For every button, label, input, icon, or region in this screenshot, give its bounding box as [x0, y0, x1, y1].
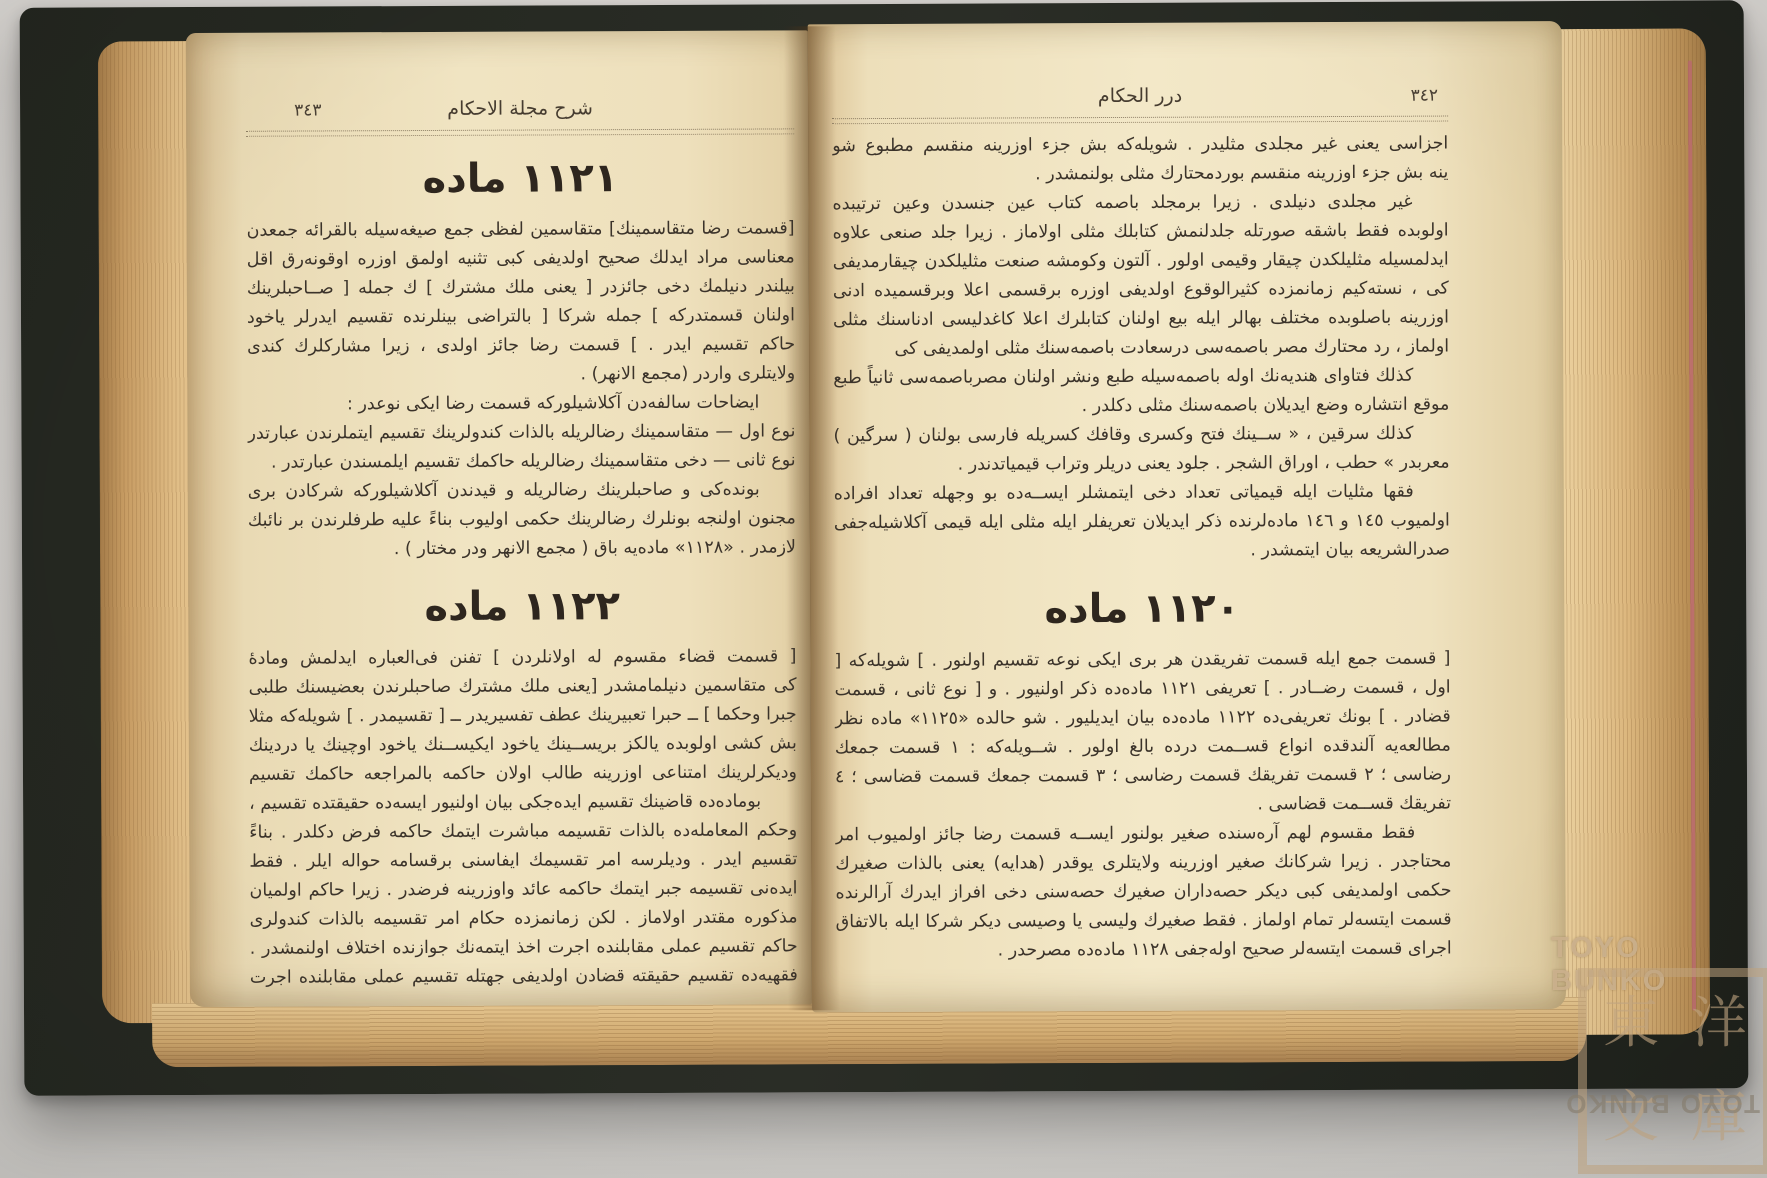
text-line: بيلندر دنيلمك دخى جائزدر [ يعنى ملك مشتر… — [247, 272, 795, 303]
text-line: كذلك فتاواى هنديه‌نك اوله باصمه‌سيله طبع… — [833, 362, 1449, 394]
text-line: معناسى مراد ايدلك صحيح اولديفى كبى تثنيه… — [247, 243, 795, 274]
text-line: كى ، نسته‌كيم زمانمزده كثيرالوقوع اولديف… — [833, 275, 1449, 307]
text-line: رضاسى ؛ ٢ قسمت تفريقك قسمت رضاسى ؛ ٣ قسم… — [835, 761, 1451, 793]
text-line: ينه بش جزء اوزرينه منقسم بوردمحتارك مثلى… — [832, 159, 1448, 191]
paragraph: كذلك سرقين ، « ســينك فتح وكسرى وقافك كس… — [833, 420, 1449, 481]
text-line: صدرالشريعه بيان ايتمشدر . — [834, 536, 1450, 568]
text-line: وحكم المعامله‌ده بالذات تقسيمه مباشرت اي… — [249, 816, 797, 847]
text-line: فقهيه‌ده تقسيم حقيقته قضادن اولديفى جهتل… — [250, 961, 798, 992]
left-page-body: ١١٢١ ماده[قسمت رضا متقاسمينك] متقاسمين ل… — [246, 150, 798, 992]
article-heading: ١١٢٠ ماده — [834, 581, 1450, 638]
text-line: تفريقك قســمت قضاسى . — [835, 790, 1451, 822]
article-heading: ١١٢١ ماده — [246, 150, 794, 206]
text-line: مذكوره مقتدر اولاماز . لكن زمانمزده حكام… — [250, 903, 798, 934]
text-line: اولميوب ١٤٥ و ١٤٦ ماده‌لرنده ذكر ايديلان… — [834, 507, 1450, 539]
header-rule — [246, 128, 794, 136]
text-line: اجراى قسمت ايتسه‌لر صحيح اولەجفى ١١٢٨ ما… — [836, 935, 1452, 967]
text-line: فقها مثليات ايله قيمياتى تعداد دخى ايتمش… — [834, 478, 1450, 510]
text-line: اولنان قسمتدركه ] جمله شركا [ بالتراضى ب… — [247, 301, 795, 332]
text-line: معربدر » حطب ، اوراق الشجر . جلود يعنى د… — [834, 449, 1450, 481]
left-running-title: شرح مجلة الاحكام — [246, 96, 794, 120]
text-line: اجزاسى يعنى غير مجلدى مثليدر . شويله‌كه … — [832, 130, 1448, 162]
text-line: ايضاحات سالفه‌دن آكلاشيلوركه قسمت رضا اي… — [247, 388, 795, 419]
text-line: مجنون اولنجه بونلرك رضالرينك حكمى اوليوب… — [248, 504, 796, 535]
text-line: قسمت ايتسه‌لر تمام اولماز . فقط صغيرك ول… — [836, 906, 1452, 938]
text-line: حاكم تقسيم عملى مقابلنده اجرت اخذ ايتمه‌… — [250, 932, 798, 963]
text-line: حاكم تقسيم ايدر . ] قسمت رضا جائز اولدى … — [247, 330, 795, 361]
paragraph: فقها مثليات ايله قيمياتى تعداد دخى ايتمش… — [834, 478, 1450, 568]
right-page-header: درر الحكام ٣٤٢ — [832, 84, 1448, 117]
text-line: كى متقاسمين دنيلمامشدر [يعنى ملك مشترك ص… — [249, 671, 797, 702]
paragraph: [قسمت رضا متقاسمينك] متقاسمين لفظى جمع ص… — [247, 214, 796, 390]
text-line: جبرا وحكما ] ــ حبرا تعبيرينك عطف تفسيري… — [249, 700, 797, 731]
text-line: اولماز ، رد محتارك مصر باصمه‌سى درسعادت … — [833, 333, 1449, 365]
paragraph: بوماده‌ده قاضينك تقسيم ايده‌جكى بيان اول… — [249, 787, 798, 992]
text-line: لازمدر . «١١٢٨» ماده‌يه باق ( مجمع الانه… — [248, 533, 796, 564]
library-seal: 東 洋 文 庫 — [1578, 968, 1767, 1174]
text-line: اولوبده فقط باشقه صورتله جلدلنمش كتابلك … — [833, 217, 1449, 249]
toyo-bunko-watermark-mirrored: TOYO BUNKO — [1546, 1088, 1760, 1119]
text-line: ايدلمسيله مثليلكدن چيقار وقيمى اولور . آ… — [833, 246, 1449, 278]
right-page-number: ٣٤٢ — [1411, 86, 1438, 106]
paragraph: فقط مقسوم لهم آره‌سنده صغير بولنور ايســ… — [835, 819, 1452, 967]
text-line: حكمى اولمديفى كبى ديكر حصه‌داران صغيرك ح… — [835, 877, 1451, 909]
text-line: قضادر . ] بونك تعريفى‌ده ١١٢٢ ماده‌ده بي… — [835, 703, 1451, 735]
text-line: غير مجلدى دنيلدى . زيرا برمجلد باصمه كتا… — [832, 188, 1448, 220]
text-line: ولايتلرى واردر (مجمع الانهر) . — [247, 359, 795, 390]
book: ٣٤٣ شرح مجلة الاحكام ١١٢١ ماده[قسمت رضا … — [20, 0, 1749, 1096]
text-line: كذلك سرقين ، « ســينك فتح وكسرى وقافك كس… — [833, 420, 1449, 452]
text-line: نوع اول — متقاسمينك رضالريله بالذات كندو… — [247, 417, 795, 448]
paragraph: [ قسمت جمع ايله قسمت تفريقدن هر برى ايكى… — [834, 645, 1451, 822]
text-line: ايده‌نى تقسيمه جبر ايتمك حاكمه عائد واوز… — [249, 874, 797, 905]
text-line: [ قسمت جمع ايله قسمت تفريقدن هر برى ايكى… — [834, 645, 1450, 677]
paragraph: ايضاحات سالفه‌دن آكلاشيلوركه قسمت رضا اي… — [247, 388, 795, 419]
paragraph: نوع اول — متقاسمينك رضالريله بالذات كندو… — [247, 417, 795, 448]
header-rule — [832, 116, 1448, 125]
text-line: بوماده‌ده قاضينك تقسيم ايده‌جكى بيان اول… — [249, 787, 797, 818]
paragraph: كذلك فتاواى هنديه‌نك اوله باصمه‌سيله طبع… — [833, 362, 1449, 423]
paragraph: بونده‌كى و صاحبلرينك رضالريله و قيدندن آ… — [248, 475, 796, 564]
text-line: اول ، قسمت رضــادر . ] تعريفى ١١٢١ ماده‌… — [835, 674, 1451, 706]
left-page-header: ٣٤٣ شرح مجلة الاحكام — [246, 96, 794, 128]
page-edges-right — [1556, 28, 1710, 1035]
text-line: وديكرلرينك امتناعى اوزرينه طالب اولان حا… — [249, 758, 797, 789]
paragraph: اجزاسى يعنى غير مجلدى مثليدر . شويله‌كه … — [832, 130, 1448, 191]
paragraph: [ قسمت قضاء مقسوم له اولانلردن ] تفنن فى… — [248, 642, 797, 789]
text-line: [ قسمت قضاء مقسوم له اولانلردن ] تفنن فى… — [248, 642, 796, 673]
text-line: محتاجدر . زيرا شركانك صغير اوزرينه ولايت… — [835, 848, 1451, 880]
left-page-column: ٣٤٣ شرح مجلة الاحكام ١١٢١ ماده[قسمت رضا … — [246, 96, 798, 992]
text-line: موقع انتشاره وضع ايديلان باصمه‌سنك مثلى … — [833, 391, 1449, 423]
seal-character: 洋 — [1675, 977, 1763, 1071]
paragraph: غير مجلدى دنيلدى . زيرا برمجلد باصمه كتا… — [832, 188, 1449, 365]
seal-character: 東 — [1587, 977, 1675, 1071]
text-line: نوع ثانى — دخى متقاسمينك رضالريله حاكمك … — [248, 446, 796, 477]
text-line: تقسيم ايدر . وديلرسه امر تقسيمك ايفاسنى … — [249, 845, 797, 876]
text-line: بش كشى اولوبده يالكز بريســينك ياخود ايك… — [249, 729, 797, 760]
article-heading: ١١٢٢ ماده — [248, 578, 796, 634]
right-page-body: اجزاسى يعنى غير مجلدى مثليدر . شويله‌كه … — [832, 130, 1452, 967]
text-line: مطالعه‌يه آلندقده انواع قســمت درده بالغ… — [835, 732, 1451, 764]
right-running-title: درر الحكام — [832, 84, 1448, 109]
text-line: فقط مقسوم لهم آره‌سنده صغير بولنور ايســ… — [835, 819, 1451, 851]
text-line: بونده‌كى و صاحبلرينك رضالريله و قيدندن آ… — [248, 475, 796, 506]
text-line: اوزرينه باصلوبده مختلف بهالر ايله بيع او… — [833, 304, 1449, 336]
paragraph: نوع ثانى — دخى متقاسمينك رضالريله حاكمك … — [248, 446, 796, 477]
text-line: [قسمت رضا متقاسمينك] متقاسمين لفظى جمع ص… — [247, 214, 795, 245]
right-page-column: درر الحكام ٣٤٢ اجزاسى يعنى غير مجلدى مثل… — [832, 84, 1452, 967]
